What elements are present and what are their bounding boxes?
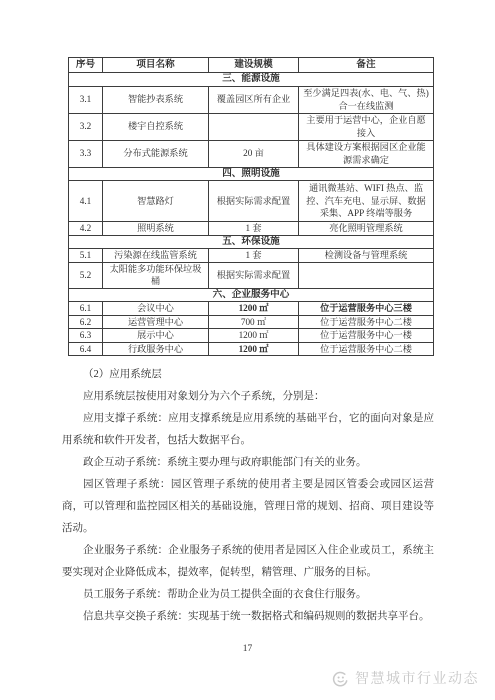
section-title: 五、环保设施	[69, 235, 434, 249]
cell-name: 太阳能多功能环保垃圾桶	[103, 262, 209, 288]
page-number: 17	[0, 644, 495, 654]
watermark: 智慧城市行业动态	[331, 668, 479, 688]
smiley-logo-icon	[331, 669, 350, 688]
cell-name: 智能抄表系统	[103, 86, 209, 113]
cell-note: 主要用于运营中心，企业自愿接入	[299, 113, 434, 140]
table-row: 4.1 智慧路灯 根据实际需求配置 通讯微基站、WIFI 热点、监控、汽车充电、…	[69, 181, 434, 222]
cell-seq: 3.1	[69, 86, 103, 113]
construction-spec-table: 序号 项目名称 建设规模 备注 三、能源设施 3.1 智能抄表系统 覆盖园区所有…	[68, 57, 434, 356]
table-row: 5.2 太阳能多功能环保垃圾桶 根据实际需求配置	[69, 262, 434, 288]
paragraph: 应用支撑子系统：应用支撑系统是应用系统的基础平台，它的面向对象是应用系统和软件开…	[62, 408, 434, 452]
document-page: 序号 项目名称 建设规模 备注 三、能源设施 3.1 智能抄表系统 覆盖园区所有…	[0, 0, 495, 700]
table-row: 6.4 行政服务中心 1200 ㎡ 位于运营服务中心二楼	[69, 342, 434, 356]
cell-note: 亮化照明管理系统	[299, 222, 434, 236]
cell-scale: 根据实际需求配置	[209, 181, 299, 222]
cell-name: 照明系统	[103, 222, 209, 236]
paragraph: 园区管理子系统：园区管理子系统的使用者主要是园区管委会或园区运营商，可以管理和监…	[62, 474, 434, 540]
cell-note: 位于运营服务中心二楼	[299, 342, 434, 356]
cell-scale: 1200 ㎡	[209, 329, 299, 343]
table-row: 3.3 分布式能源系统 20 亩 具体建设方案根据园区企业能源需求确定	[69, 140, 434, 167]
section-title: 三、能源设施	[69, 73, 434, 87]
cell-scale	[209, 113, 299, 140]
cell-scale: 覆盖园区所有企业	[209, 86, 299, 113]
cell-scale: 20 亩	[209, 140, 299, 167]
cell-name: 运营管理中心	[103, 315, 209, 329]
table-row: 3.1 智能抄表系统 覆盖园区所有企业 至少满足四表(水、电、气、热)合一在线监…	[69, 86, 434, 113]
cell-note: 位于运营服务中心二楼	[299, 315, 434, 329]
cell-name: 展示中心	[103, 329, 209, 343]
section-title: 四、照明设施	[69, 167, 434, 181]
table-row: 5.1 污染源在线监管系统 1 套 检测设备与管理系统	[69, 249, 434, 263]
cell-scale: 1200 ㎡	[209, 302, 299, 316]
cell-scale: 根据实际需求配置	[209, 262, 299, 288]
cell-note: 位于运营服务中心三楼	[299, 302, 434, 316]
cell-seq: 6.2	[69, 315, 103, 329]
paragraph-heading: （2）应用系统层	[62, 364, 434, 386]
cell-seq: 4.1	[69, 181, 103, 222]
paragraph: 政企互动子系统：系统主要办理与政府职能部门有关的业务。	[62, 452, 434, 474]
cell-note: 至少满足四表(水、电、气、热)合一在线监测	[299, 86, 434, 113]
table-row: 6.2 运营管理中心 700 ㎡ 位于运营服务中心二楼	[69, 315, 434, 329]
section-row-service-center: 六、企业服务中心	[69, 288, 434, 302]
cell-scale: 1200 ㎡	[209, 342, 299, 356]
cell-seq: 6.3	[69, 329, 103, 343]
cell-note: 位于运营服务中心一楼	[299, 329, 434, 343]
table-row: 6.3 展示中心 1200 ㎡ 位于运营服务中心一楼	[69, 329, 434, 343]
table-row: 3.2 楼宇自控系统 主要用于运营中心，企业自愿接入	[69, 113, 434, 140]
header-note: 备注	[299, 58, 434, 73]
table-header-row: 序号 项目名称 建设规模 备注	[69, 58, 434, 73]
cell-seq: 3.2	[69, 113, 103, 140]
section-row-lighting: 四、照明设施	[69, 167, 434, 181]
cell-name: 智慧路灯	[103, 181, 209, 222]
header-scale: 建设规模	[209, 58, 299, 73]
header-seq: 序号	[69, 58, 103, 73]
section-title: 六、企业服务中心	[69, 288, 434, 302]
body-text: （2）应用系统层 应用系统层按使用对象划分为六个子系统，分别是： 应用支撑子系统…	[62, 364, 434, 628]
paragraph: 应用系统层按使用对象划分为六个子系统，分别是：	[62, 386, 434, 408]
cell-name: 分布式能源系统	[103, 140, 209, 167]
cell-seq: 3.3	[69, 140, 103, 167]
table-row: 6.1 会议中心 1200 ㎡ 位于运营服务中心三楼	[69, 302, 434, 316]
cell-seq: 5.2	[69, 262, 103, 288]
header-name: 项目名称	[103, 58, 209, 73]
section-row-energy: 三、能源设施	[69, 73, 434, 87]
cell-note: 检测设备与管理系统	[299, 249, 434, 263]
paragraph: 员工服务子系统：帮助企业为员工提供全面的衣食住行服务。	[62, 584, 434, 606]
cell-name: 楼宇自控系统	[103, 113, 209, 140]
cell-scale: 1 套	[209, 249, 299, 263]
cell-scale: 700 ㎡	[209, 315, 299, 329]
cell-name: 行政服务中心	[103, 342, 209, 356]
cell-seq: 4.2	[69, 222, 103, 236]
section-row-environment: 五、环保设施	[69, 235, 434, 249]
cell-scale: 1 套	[209, 222, 299, 236]
cell-name: 会议中心	[103, 302, 209, 316]
cell-seq: 5.1	[69, 249, 103, 263]
cell-name: 污染源在线监管系统	[103, 249, 209, 263]
cell-seq: 6.1	[69, 302, 103, 316]
cell-seq: 6.4	[69, 342, 103, 356]
paragraph: 信息共享交换子系统：实现基于统一数据格式和编码规则的数据共享平台。	[62, 606, 434, 628]
cell-note: 具体建设方案根据园区企业能源需求确定	[299, 140, 434, 167]
cell-note	[299, 262, 434, 288]
paragraph: 企业服务子系统：企业服务子系统的使用者是园区入住企业或员工，系统主要实现对企业降…	[62, 540, 434, 584]
cell-note: 通讯微基站、WIFI 热点、监控、汽车充电、显示屏、数据采集、APP 终端等服务	[299, 181, 434, 222]
table-row: 4.2 照明系统 1 套 亮化照明管理系统	[69, 222, 434, 236]
watermark-text: 智慧城市行业动态	[355, 668, 479, 688]
